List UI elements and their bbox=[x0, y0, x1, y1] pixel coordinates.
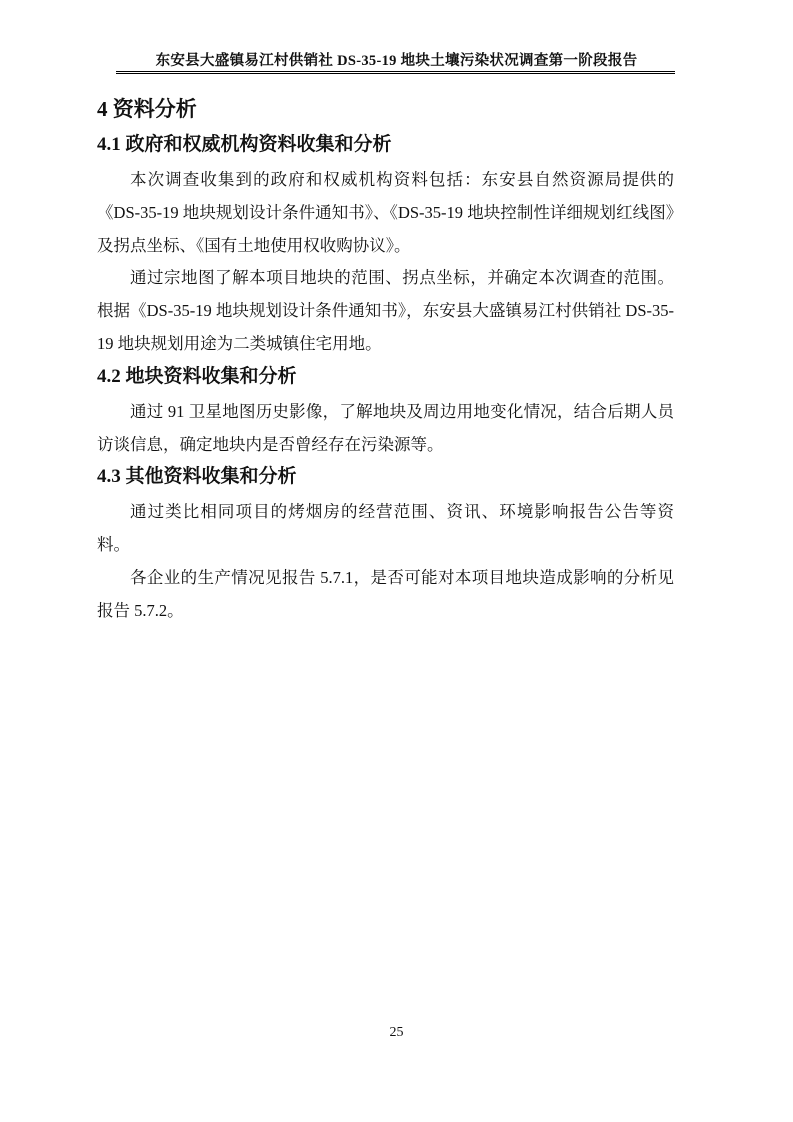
section-heading-4-3: 4.3 其他资料收集和分析 bbox=[97, 464, 674, 490]
section-4-1-paragraph-2: 通过宗地图了解本项目地块的范围、拐点坐标，并确定本次调查的范围。根据《DS-35… bbox=[97, 262, 674, 360]
page-footer: 25 bbox=[0, 1024, 793, 1042]
section-heading-4-1: 4.1 政府和权威机构资料收集和分析 bbox=[97, 132, 674, 158]
running-header-title: 东安县大盛镇易江村供销社 DS-35-19 地块土壤污染状况调查第一阶段报告 bbox=[0, 51, 793, 71]
chapter-heading-4: 4 资料分析 bbox=[97, 96, 674, 122]
document-page: 东安县大盛镇易江村供销社 DS-35-19 地块土壤污染状况调查第一阶段报告 4… bbox=[0, 0, 793, 1122]
section-4-3-paragraph-1: 通过类比相同项目的烤烟房的经营范围、资讯、环境影响报告公告等资料。 bbox=[97, 496, 674, 562]
header-rule bbox=[116, 71, 675, 74]
section-4-1-paragraph-1: 本次调查收集到的政府和权威机构资料包括：东安县自然资源局提供的《DS-35-19… bbox=[97, 164, 674, 262]
section-4-3-paragraph-2: 各企业的生产情况见报告 5.7.1，是否可能对本项目地块造成影响的分析见报告 5… bbox=[97, 562, 674, 628]
section-4-2-paragraph-1: 通过 91 卫星地图历史影像，了解地块及周边用地变化情况，结合后期人员访谈信息，… bbox=[97, 396, 674, 462]
section-heading-4-2: 4.2 地块资料收集和分析 bbox=[97, 364, 674, 390]
page-number: 25 bbox=[390, 1025, 404, 1040]
document-body: 4 资料分析 4.1 政府和权威机构资料收集和分析 本次调查收集到的政府和权威机… bbox=[97, 96, 674, 628]
